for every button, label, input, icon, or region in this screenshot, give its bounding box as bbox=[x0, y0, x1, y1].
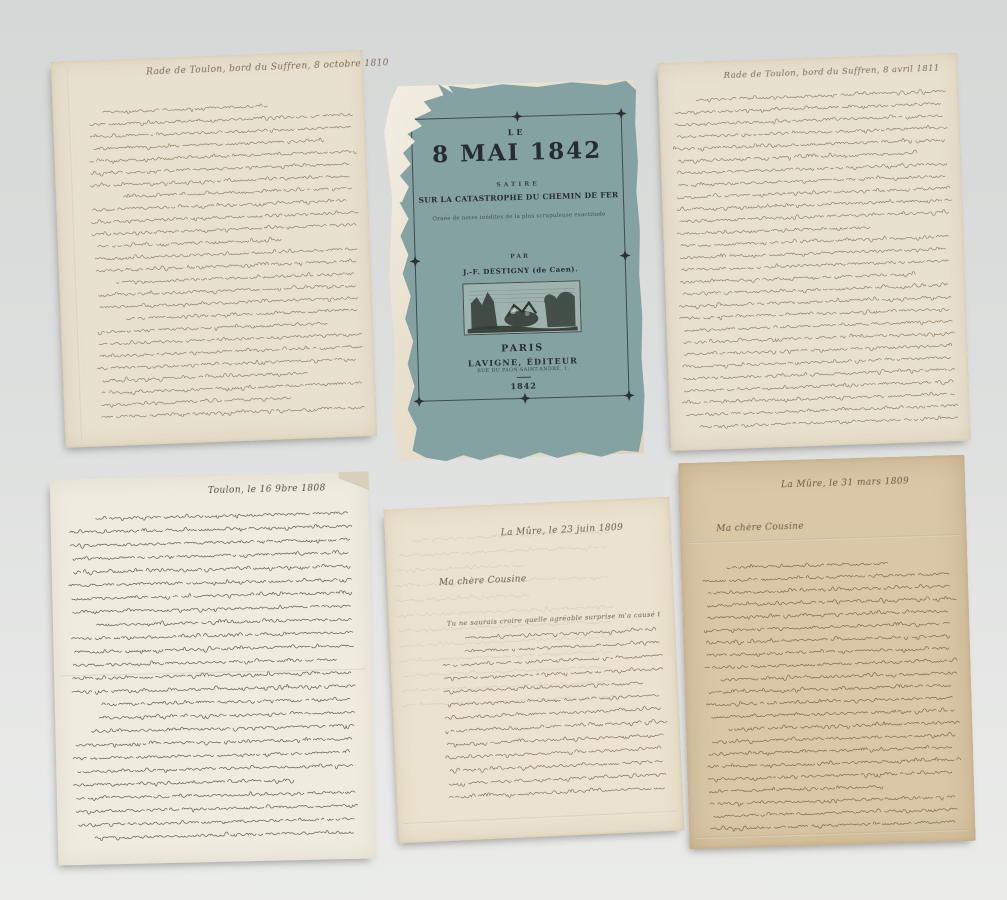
cross-ornament-icon bbox=[623, 390, 634, 401]
folded-corner bbox=[339, 471, 370, 496]
cross-ornament-icon bbox=[511, 111, 522, 122]
handwriting-lines bbox=[66, 505, 362, 845]
booklet-par-label: PAR bbox=[416, 250, 625, 263]
cross-ornament-icon bbox=[519, 393, 530, 404]
booklet-cover: LE 8 MAI 1842 SATIRE SUR LA CATASTROPHE … bbox=[389, 79, 646, 463]
letter-top-right: Rade de Toulon, bord du Suffren, 8 avril… bbox=[657, 53, 970, 451]
booklet-subtitle: SUR LA CATASTROPHE DU CHEMIN DE FER bbox=[414, 190, 623, 205]
railway-vignette-engraving bbox=[462, 280, 581, 335]
photo-of-documents: Rade de Toulon, bord du Suffren, 8 octob… bbox=[0, 0, 1007, 900]
letter-dateline: Toulon, le 16 9bre 1808 bbox=[208, 483, 326, 496]
letter-salutation: Ma chère Cousine bbox=[716, 522, 804, 535]
booklet-8-mai-1842: LE 8 MAI 1842 SATIRE SUR LA CATASTROPHE … bbox=[389, 79, 646, 463]
letter-bottom-center: La Mûre, le 23 juin 1809 Ma chère Cousin… bbox=[384, 497, 685, 844]
cross-ornament-icon bbox=[616, 108, 627, 119]
handwriting-lines bbox=[86, 95, 366, 429]
fold-crease bbox=[686, 534, 961, 544]
letter-dateline: La Mûre, le 31 mars 1809 bbox=[781, 476, 909, 490]
handwriting-lines bbox=[701, 555, 963, 834]
fold-crease bbox=[404, 811, 678, 825]
booklet-year: 1842 bbox=[419, 378, 628, 394]
divider-dash bbox=[516, 377, 530, 378]
handwriting-lines bbox=[439, 623, 671, 811]
cross-ornament-icon bbox=[413, 396, 424, 407]
fold-crease bbox=[67, 69, 83, 439]
booklet-title: 8 MAI 1842 bbox=[412, 136, 622, 169]
letter-bottom-right: La Mûre, le 31 mars 1809 Ma chère Cousin… bbox=[678, 455, 975, 849]
letter-dateline: Rade de Toulon, bord du Suffren, 8 octob… bbox=[146, 58, 389, 77]
letter-bottom-left: Toulon, le 16 9bre 1808 bbox=[50, 472, 377, 865]
letter-top-left: Rade de Toulon, bord du Suffren, 8 octob… bbox=[51, 50, 378, 448]
handwriting-lines bbox=[670, 83, 960, 436]
booklet-genre: SATIRE bbox=[414, 178, 623, 191]
printed-border-frame: LE 8 MAI 1842 SATIRE SUR LA CATASTROPHE … bbox=[411, 113, 630, 402]
booklet-author: J.-F. DESTIGNY (de Caen). bbox=[416, 263, 625, 278]
booklet-note: Ornée de notes inédites de la plus scrup… bbox=[414, 211, 623, 223]
letter-dateline: Rade de Toulon, bord du Suffren, 8 avril… bbox=[724, 64, 940, 82]
